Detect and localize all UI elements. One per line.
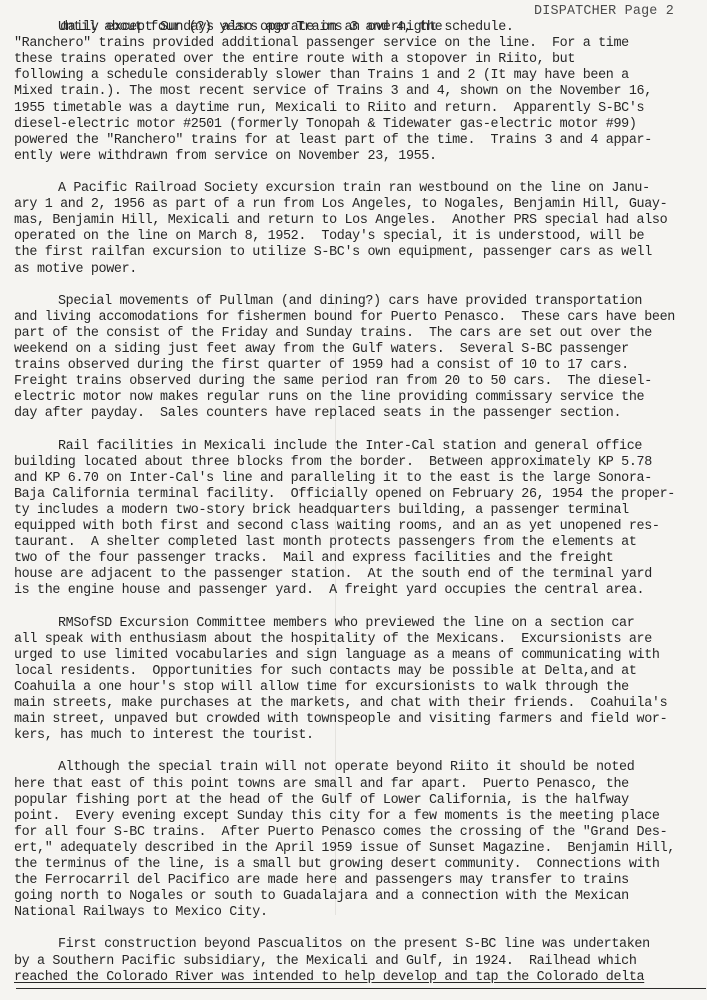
header-line: daily except Sundays also operate on an … [14, 4, 704, 20]
text-line: Mixed train.). The most recent service o… [14, 84, 704, 100]
text-line: the terminus of the line, is a small but… [14, 857, 704, 873]
text-line: weekend on a siding just feet away from … [14, 342, 704, 358]
running-head: DISPATCHER Page 2 [534, 4, 674, 20]
text-line: powered the "Ranchero" trains for at lea… [14, 133, 704, 149]
paragraph-gap [14, 921, 704, 937]
text-line: A Pacific Railroad Society excursion tra… [14, 181, 704, 197]
text-line: ently were withdrawn from service on Nov… [14, 149, 704, 165]
text-line: house are adjacent to the passenger stat… [14, 567, 704, 583]
text-line: two of the four passenger tracks. Mail a… [14, 551, 704, 567]
text-line: Baja California terminal facility. Offic… [14, 487, 704, 503]
text-line: urged to use limited vocabularies and si… [14, 648, 704, 664]
text-line: here that east of this point towns are s… [14, 777, 704, 793]
text-line: popular fishing port at the head of the … [14, 793, 704, 809]
paragraph-rail-facilities: Rail facilities in Mexicali include the … [14, 439, 704, 600]
text-line: mas, Benjamin Hill, Mexicali and return … [14, 213, 704, 229]
text-line: taurant. A shelter completed last month … [14, 535, 704, 551]
text-line: First construction beyond Pascualitos on… [14, 937, 704, 953]
text-line: National Railways to Mexico City. [14, 905, 704, 921]
text-line: for all four S-BC trains. After Puerto P… [14, 825, 704, 841]
paragraph-gap [14, 422, 704, 438]
paragraphs: Until about four (?) years ago Trains 3 … [14, 20, 704, 986]
text-line: the Ferrocarril del Pacifico are made he… [14, 873, 704, 889]
text-line: Although the special train will not oper… [14, 760, 704, 776]
text-line: ary 1 and 2, 1956 as part of a run from … [14, 197, 704, 213]
text-line: part of the consist of the Friday and Su… [14, 326, 704, 342]
text-line: Rail facilities in Mexicali include the … [14, 439, 704, 455]
text-line: building located about three blocks from… [14, 455, 704, 471]
text-line: RMSofSD Excursion Committee members who … [14, 616, 704, 632]
text-line: all speak with enthusiasm about the hosp… [14, 632, 704, 648]
text-line: is the engine house and passenger yard. … [14, 583, 704, 599]
paragraph-gap [14, 599, 704, 615]
document-page: daily except Sundays also operate on an … [0, 0, 707, 1000]
text-line: kers, has much to interest the tourist. [14, 728, 704, 744]
text-line: 1955 timetable was a daytime run, Mexica… [14, 101, 704, 117]
text-line: these trains operated over the entire ro… [14, 52, 704, 68]
paragraph-prs-excursion: A Pacific Railroad Society excursion tra… [14, 181, 704, 278]
text-line: the first railfan excursion to utilize S… [14, 245, 704, 261]
text-line: Special movements of Pullman (and dining… [14, 294, 704, 310]
text-line: operated on the line on March 8, 1952. T… [14, 229, 704, 245]
bottom-rule [16, 988, 706, 989]
text-line: equipped with both first and second clas… [14, 519, 704, 535]
text-line: Freight trains observed during the same … [14, 374, 704, 390]
text-line: electric motor now makes regular runs on… [14, 390, 704, 406]
paragraph-committee: RMSofSD Excursion Committee members who … [14, 616, 704, 745]
paragraph-beyond-riito: Although the special train will not oper… [14, 760, 704, 921]
text-line: day after payday. Sales counters have re… [14, 406, 704, 422]
text-line: as motive power. [14, 262, 704, 278]
text-line: reached the Colorado River was intended … [14, 970, 704, 986]
text-line: main street, unpaved but crowded with to… [14, 712, 704, 728]
carryover-sentence: daily except Sundays also operate on an … [60, 20, 513, 35]
text-line: diesel-electric motor #2501 (formerly To… [14, 117, 704, 133]
text-line: point. Every evening except Sunday this … [14, 809, 704, 825]
text-line: "Ranchero" trains provided additional pa… [14, 36, 704, 52]
paragraph-ranchero: Until about four (?) years ago Trains 3 … [14, 20, 704, 165]
paragraph-gap [14, 278, 704, 294]
paragraph-gap [14, 744, 704, 760]
text-line: and KP 6.70 on Inter-Cal's line and para… [14, 471, 704, 487]
text-line: Coahuila a one hour's stop will allow ti… [14, 680, 704, 696]
text-line: local residents. Opportunities for such … [14, 664, 704, 680]
text-line: following a schedule considerably slower… [14, 68, 704, 84]
text-line: main streets, make purchases at the mark… [14, 696, 704, 712]
paragraph-first-construction: First construction beyond Pascualitos on… [14, 937, 704, 985]
paragraph-gap [14, 165, 704, 181]
text-line: going north to Nogales or south to Guada… [14, 889, 704, 905]
text-line: and living accomodations for fishermen b… [14, 310, 704, 326]
text-line: by a Southern Pacific subsidiary, the Me… [14, 954, 704, 970]
text-line: ty includes a modern two-story brick hea… [14, 503, 704, 519]
text-line: ert," adequately described in the April … [14, 841, 704, 857]
typewritten-body: daily except Sundays also operate on an … [14, 4, 704, 986]
text-line: trains observed during the first quarter… [14, 358, 704, 374]
paragraph-pullman: Special movements of Pullman (and dining… [14, 294, 704, 423]
